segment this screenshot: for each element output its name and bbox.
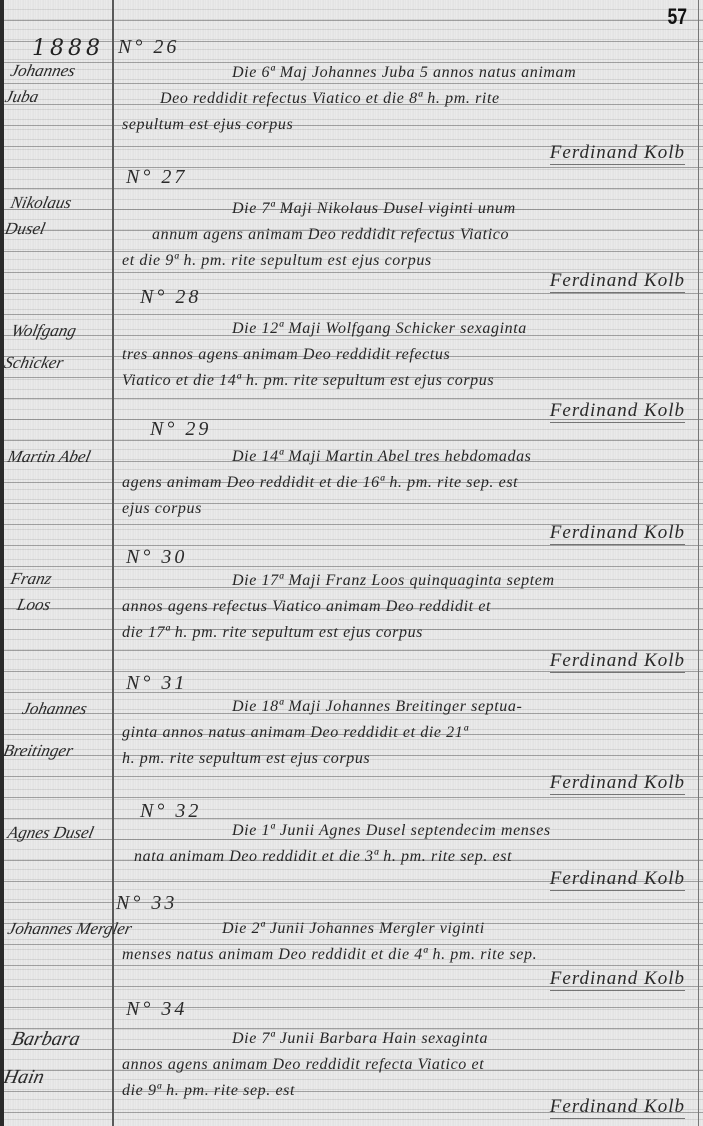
margin-name: Barbara Hain [1, 1026, 119, 1090]
entry-text: Die 1ª Junii Agnes Dusel septendecim men… [122, 818, 691, 870]
entry-number: N° 34 [126, 998, 187, 1021]
priest-signature: Ferdinand Kolb [550, 868, 685, 891]
priest-signature: Ferdinand Kolb [550, 968, 685, 991]
entry-text: Die 17ª Maji Franz Loos quinquaginta sep… [122, 568, 691, 646]
entry-text: Die 7ª Maji Nikolaus Dusel viginti unum … [122, 196, 691, 274]
entry-text: Die 14ª Maji Martin Abel tres hebdomadas… [122, 444, 691, 522]
entry-text: Die 2ª Junii Johannes Mergler viginti me… [122, 916, 691, 968]
margin-name: Wolfgang Schicker [2, 318, 118, 376]
priest-signature: Ferdinand Kolb [550, 400, 685, 423]
page-number: 57 [667, 4, 687, 30]
margin-name: Nikolaus Dusel [2, 190, 117, 242]
margin-name: Johannes Breitinger [1, 696, 119, 764]
entry-number: N° 33 [116, 892, 177, 915]
entry-number: N° 30 [126, 546, 187, 569]
entry-text: Die 12ª Maji Wolfgang Schicker sexaginta… [122, 316, 691, 394]
priest-signature: Ferdinand Kolb [550, 1096, 685, 1119]
entry-number: N° 31 [126, 672, 187, 695]
page-binding-edge [0, 0, 4, 1126]
priest-signature: Ferdinand Kolb [550, 142, 685, 165]
priest-signature: Ferdinand Kolb [550, 270, 685, 293]
entry-text: Die 18ª Maji Johannes Breitinger septua-… [122, 694, 691, 772]
entry-number: N° 27 [126, 166, 187, 189]
entry-text: Die 7ª Junii Barbara Hain sexaginta anno… [122, 1026, 691, 1104]
register-page: 57 1888 N° 26 Johannes Juba Die 6ª Maj J… [0, 0, 703, 1126]
priest-signature: Ferdinand Kolb [550, 650, 685, 673]
margin-name: Franz Loos [2, 566, 117, 618]
entry-number: N° 28 [140, 286, 201, 309]
margin-name: Agnes Dusel [5, 820, 115, 846]
margin-name: Martin Abel [5, 444, 115, 470]
entry-text: Die 6ª Maj Johannes Juba 5 annos natus a… [122, 60, 691, 138]
margin-column-rule [112, 0, 114, 1126]
margin-name: Johannes Juba [2, 58, 117, 110]
entry-number: N° 26 [118, 36, 179, 59]
right-edge-rule [698, 0, 699, 1126]
entry-number: N° 29 [150, 418, 211, 441]
priest-signature: Ferdinand Kolb [550, 522, 685, 545]
priest-signature: Ferdinand Kolb [550, 772, 685, 795]
